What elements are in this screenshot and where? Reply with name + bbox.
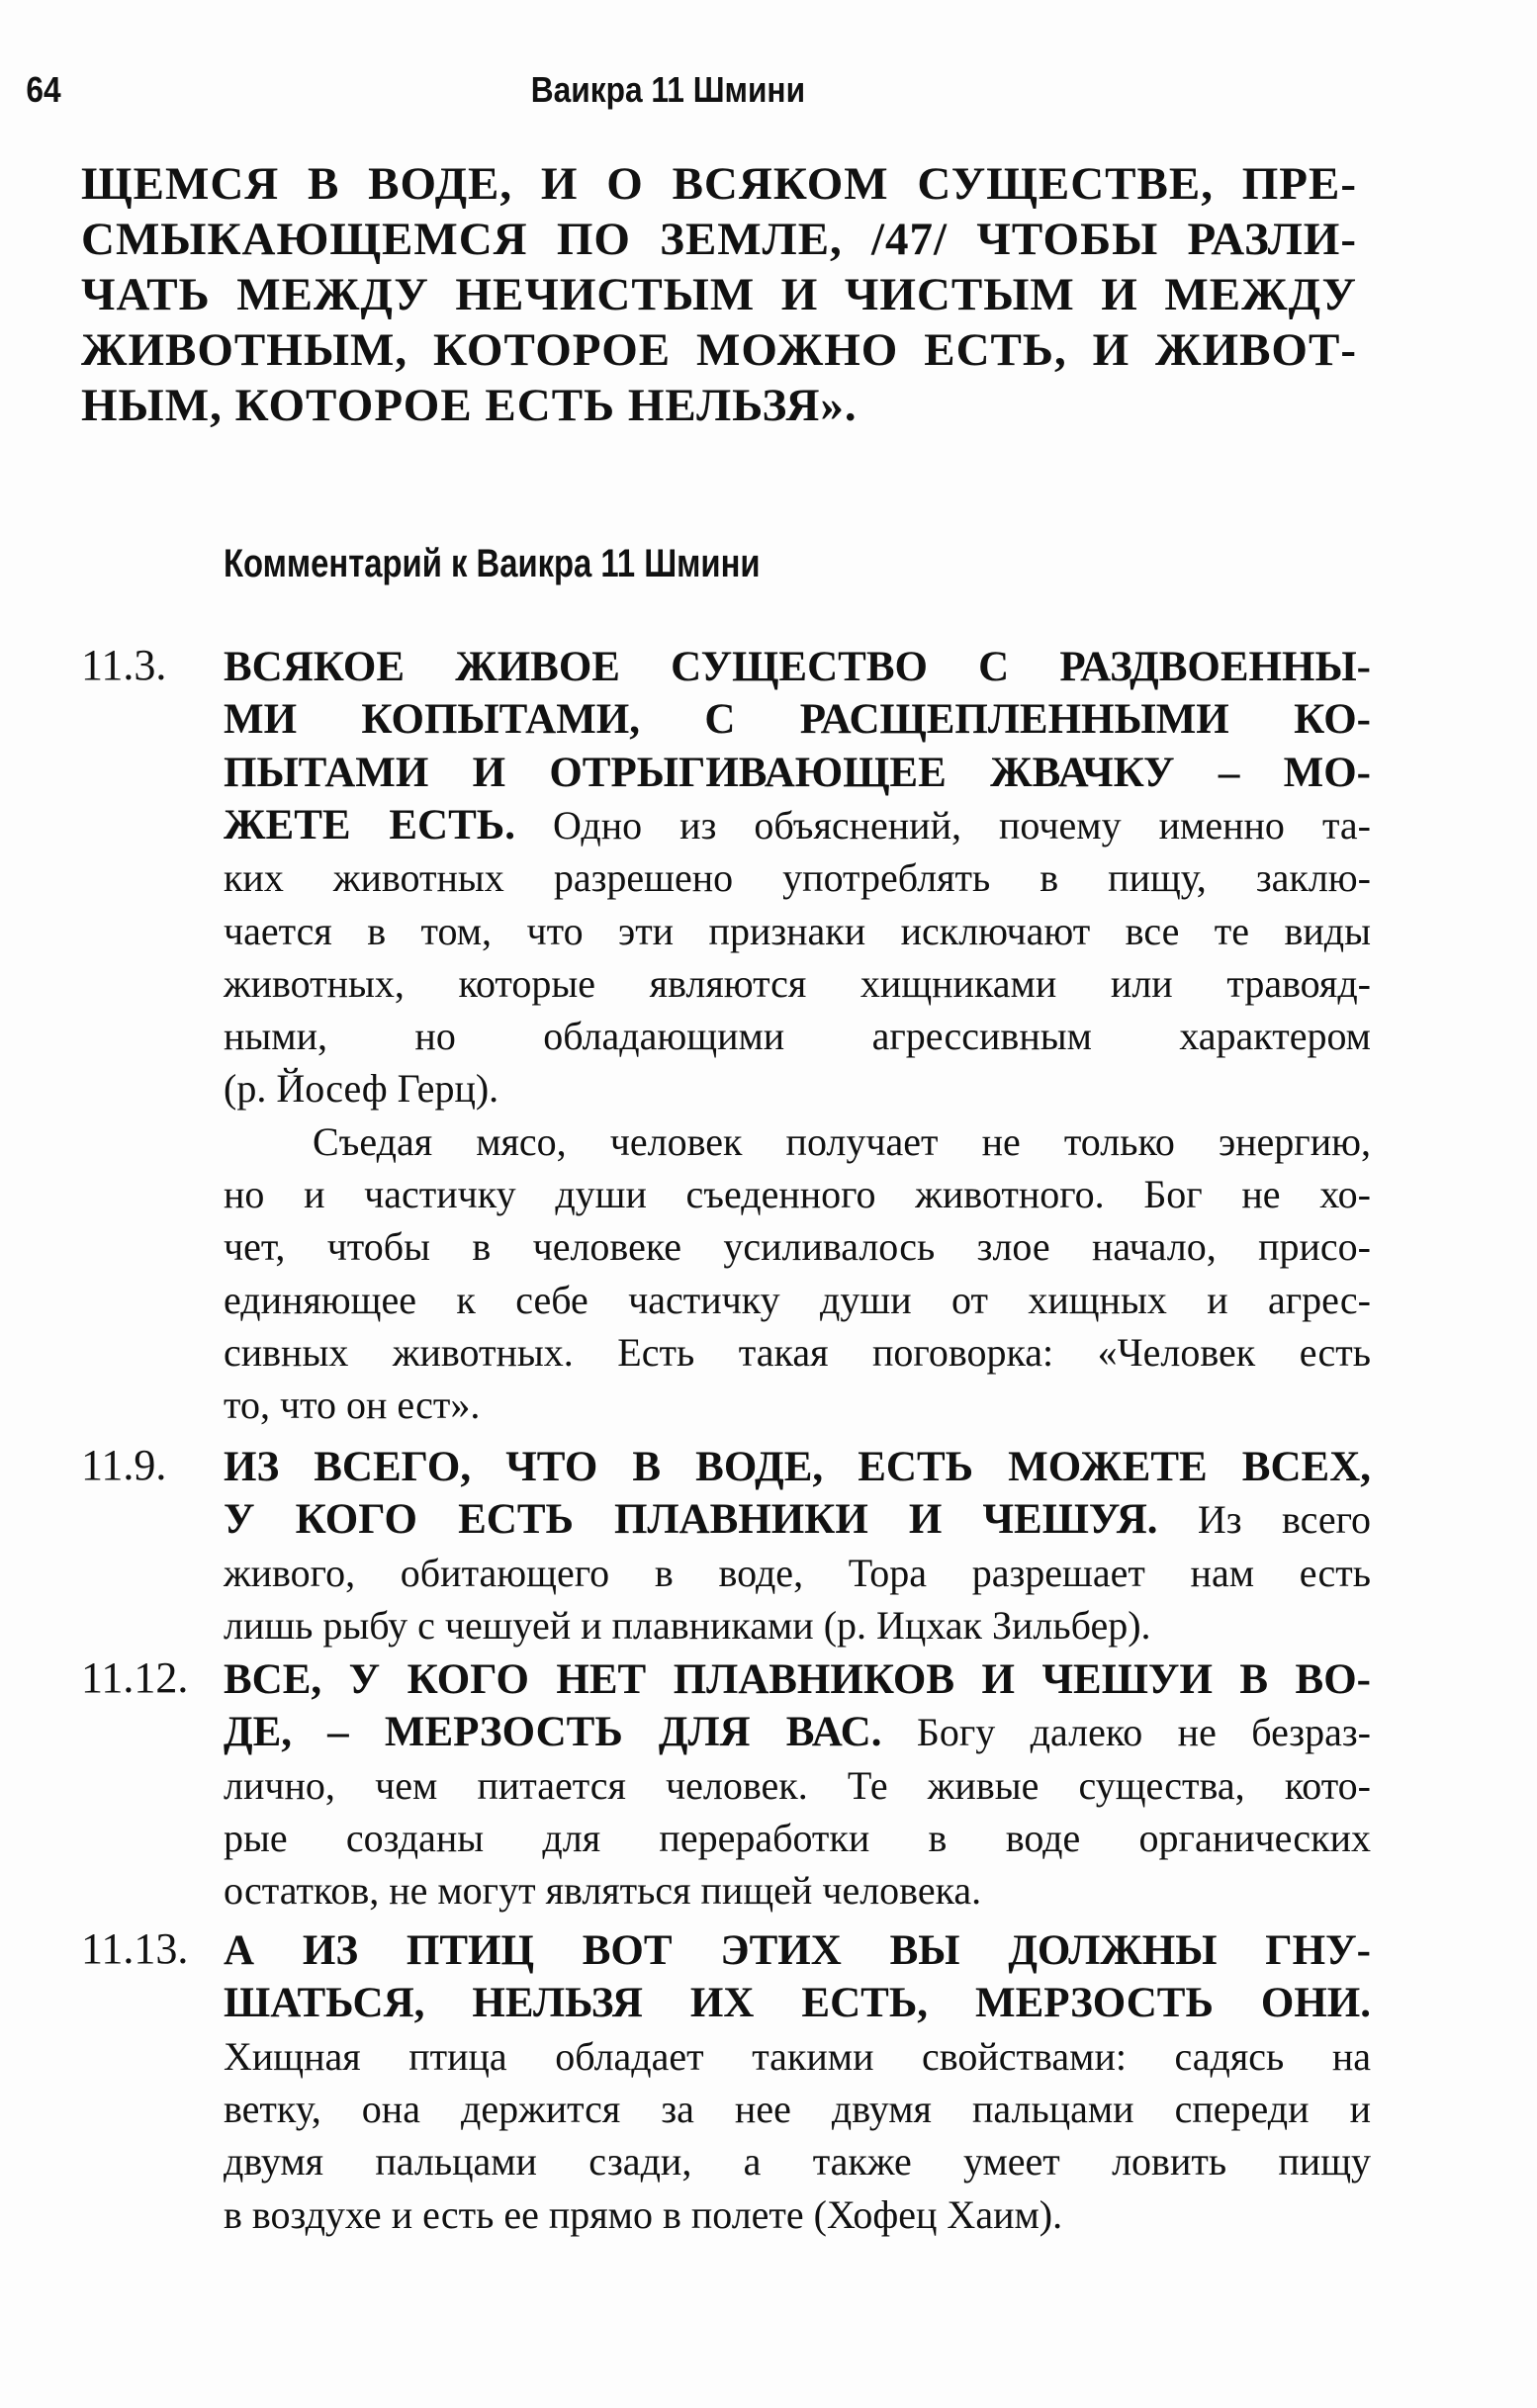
running-title: Ваикра 11 Шмини <box>531 69 805 111</box>
verse-quote: ВСЕ, У КОГО НЕТ ПЛАВНИКОВ И ЧЕШУИ В ВО- <box>224 1656 1371 1703</box>
commentary-text: рые созданы для переработки в воде орган… <box>224 1816 1371 1860</box>
commentary-text: остатков, не могут являться пищей челове… <box>224 1868 981 1913</box>
commentary-line: ДЕ, – МЕРЗОСТЬ ДЛЯ ВАС. Богу далеко не б… <box>224 1706 1371 1759</box>
commentary-line: но и частичку души съеденного животного.… <box>224 1168 1371 1221</box>
commentary-line: ными, но обладающими агрессивным характе… <box>224 1010 1371 1063</box>
verse-line: ЖИВОТНЫМ, КОТОРОЕ МОЖНО ЕСТЬ, И ЖИВОТ- <box>81 322 1357 378</box>
commentary-line: ИЗ ВСЕГО, ЧТО В ВОДЕ, ЕСТЬ МОЖЕТЕ ВСЕХ, <box>224 1441 1371 1494</box>
commentary-text: Хищная птица обладает такими свойствами:… <box>224 2034 1371 2079</box>
commentary-line: ВСЯКОЕ ЖИВОЕ СУЩЕСТВО С РАЗДВОЕННЫ- <box>224 641 1371 694</box>
running-header: 64 Ваикра 11 Шмини <box>0 69 1353 119</box>
verse-quote: ЖЕТЕ ЕСТЬ. <box>224 802 515 848</box>
commentary-text: чет, чтобы в человеке усиливалось злое н… <box>224 1224 1371 1269</box>
commentary-line: чается в том, что эти признаки исключают… <box>224 905 1371 958</box>
commentary-line: рые созданы для переработки в воде орган… <box>224 1812 1371 1865</box>
commentary-line: ВСЕ, У КОГО НЕТ ПЛАВНИКОВ И ЧЕШУИ В ВО- <box>224 1653 1371 1707</box>
commentary-line: животных, которые являются хищниками или… <box>224 957 1371 1011</box>
verse-quote: ИЗ ВСЕГО, ЧТО В ВОДЕ, ЕСТЬ МОЖЕТЕ ВСЕХ, <box>224 1444 1371 1490</box>
commentary-text: лишь рыбу с чешуей и плавниками (р. Ицха… <box>224 1603 1151 1648</box>
commentary-line: живого, обитающего в воде, Тора разрешае… <box>224 1547 1371 1600</box>
commentary-line: МИ КОПЫТАМИ, С РАСЩЕПЛЕННЫМИ КО- <box>224 693 1371 747</box>
commentary-line: сивных животных. Есть такая поговорка: «… <box>224 1326 1371 1380</box>
commentary-text: Одно из объяснений, почему именно та- <box>515 803 1371 847</box>
verse-line: СМЫКАЮЩЕМСЯ ПО ЗЕМЛЕ, /47/ ЧТОБЫ РАЗЛИ- <box>81 212 1357 267</box>
verse-quote: ПЫТАМИ И ОТРЫГИВАЮЩЕЕ ЖВАЧКУ – МО- <box>224 750 1371 796</box>
commentary-line: Съедая мясо, человек получает не только … <box>224 1115 1371 1169</box>
commentary-line: ПЫТАМИ И ОТРЫГИВАЮЩЕЕ ЖВАЧКУ – МО- <box>224 747 1371 800</box>
commentary-line: единяющее к себе частичку души от хищных… <box>224 1274 1371 1327</box>
commentary-text: единяющее к себе частичку души от хищных… <box>224 1278 1371 1322</box>
entry-number: 11.9. <box>81 1439 166 1492</box>
commentary-line: чет, чтобы в человеке усиливалось злое н… <box>224 1220 1371 1274</box>
commentary-line: Хищная птица обладает такими свойствами:… <box>224 2030 1371 2084</box>
verse-line: НЫМ, КОТОРОЕ ЕСТЬ НЕЛЬЗЯ». <box>81 378 1357 433</box>
book-page: 64 Ваикра 11 Шмини ЩЕМСЯ В ВОДЕ, И О ВСЯ… <box>0 0 1537 2408</box>
commentary-line: А ИЗ ПТИЦ ВОТ ЭТИХ ВЫ ДОЛЖНЫ ГНУ- <box>224 1924 1371 1978</box>
commentary-heading: Комментарий к Ваикра 11 Шмини <box>224 542 761 586</box>
commentary-text: ветку, она держится за нее двумя пальцам… <box>224 2087 1371 2131</box>
commentary-line: ЖЕТЕ ЕСТЬ. Одно из объяснений, почему им… <box>224 799 1371 852</box>
commentary-line: (р. Йосеф Герц). <box>224 1062 1371 1115</box>
commentary-text: то, что он ест». <box>224 1382 480 1427</box>
commentary-text: в воздухе и есть ее прямо в полете (Хофе… <box>224 2192 1062 2237</box>
commentary-line: ких животных разрешено употреблять в пищ… <box>224 851 1371 905</box>
commentary-text: ких животных разрешено употреблять в пищ… <box>224 855 1371 900</box>
commentary-line: лишь рыбу с чешуей и плавниками (р. Ицха… <box>224 1599 1371 1652</box>
commentary-text: Богу далеко не безраз- <box>881 1710 1371 1754</box>
verse-quote: ВСЯКОЕ ЖИВОЕ СУЩЕСТВО С РАЗДВОЕННЫ- <box>224 644 1371 690</box>
commentary-text: чается в том, что эти признаки исключают… <box>224 909 1371 953</box>
commentary-text: двумя пальцами сзади, а также умеет лови… <box>224 2139 1371 2184</box>
commentary-line: в воздухе и есть ее прямо в полете (Хофе… <box>224 2188 1371 2242</box>
commentary-text: ными, но обладающими агрессивным характе… <box>224 1014 1371 1058</box>
verse-quote: ДЕ, – МЕРЗОСТЬ ДЛЯ ВАС. <box>224 1709 881 1755</box>
commentary-text: живого, обитающего в воде, Тора разрешае… <box>224 1551 1371 1595</box>
verse-quote: А ИЗ ПТИЦ ВОТ ЭТИХ ВЫ ДОЛЖНЫ ГНУ- <box>224 1927 1371 1974</box>
commentary-line: ветку, она держится за нее двумя пальцам… <box>224 2083 1371 2136</box>
commentary-line: то, что он ест». <box>224 1379 1371 1432</box>
verse-quote: МИ КОПЫТАМИ, С РАСЩЕПЛЕННЫМИ КО- <box>224 696 1371 743</box>
verse-quote: ШАТЬСЯ, НЕЛЬЗЯ ИХ ЕСТЬ, МЕРЗОСТЬ ОНИ. <box>224 1980 1371 2026</box>
commentary-line: лично, чем питается человек. Те живые су… <box>224 1759 1371 1813</box>
commentary-text: но и частичку души съеденного животного.… <box>224 1172 1371 1216</box>
page-number: 64 <box>26 69 60 111</box>
commentary-text: Из всего <box>1158 1497 1371 1542</box>
commentary-line: ШАТЬСЯ, НЕЛЬЗЯ ИХ ЕСТЬ, МЕРЗОСТЬ ОНИ. <box>224 1977 1371 2030</box>
commentary-line: У КОГО ЕСТЬ ПЛАВНИКИ И ЧЕШУЯ. Из всего <box>224 1493 1371 1547</box>
commentary-text: лично, чем питается человек. Те живые су… <box>224 1763 1371 1808</box>
entry-number: 11.12. <box>81 1651 188 1705</box>
verse-quote: У КОГО ЕСТЬ ПЛАВНИКИ И ЧЕШУЯ. <box>224 1496 1158 1543</box>
commentary-text: сивных животных. Есть такая поговорка: «… <box>224 1330 1371 1375</box>
commentary-text: животных, которые являются хищниками или… <box>224 961 1371 1006</box>
commentary-text: Съедая мясо, человек получает не только … <box>313 1119 1371 1164</box>
commentary-text: (р. Йосеф Герц). <box>224 1066 498 1111</box>
entry-number: 11.3. <box>81 639 166 692</box>
verse-line: ЧАТЬ МЕЖДУ НЕЧИСТЫМ И ЧИСТЫМ И МЕЖДУ <box>81 267 1357 322</box>
commentary-line: остатков, не могут являться пищей челове… <box>224 1864 1371 1917</box>
entry-number: 11.13. <box>81 1922 188 1976</box>
verse-line: ЩЕМСЯ В ВОДЕ, И О ВСЯКОМ СУЩЕСТВЕ, ПРЕ- <box>81 156 1357 212</box>
commentary-line: двумя пальцами сзади, а также умеет лови… <box>224 2135 1371 2188</box>
